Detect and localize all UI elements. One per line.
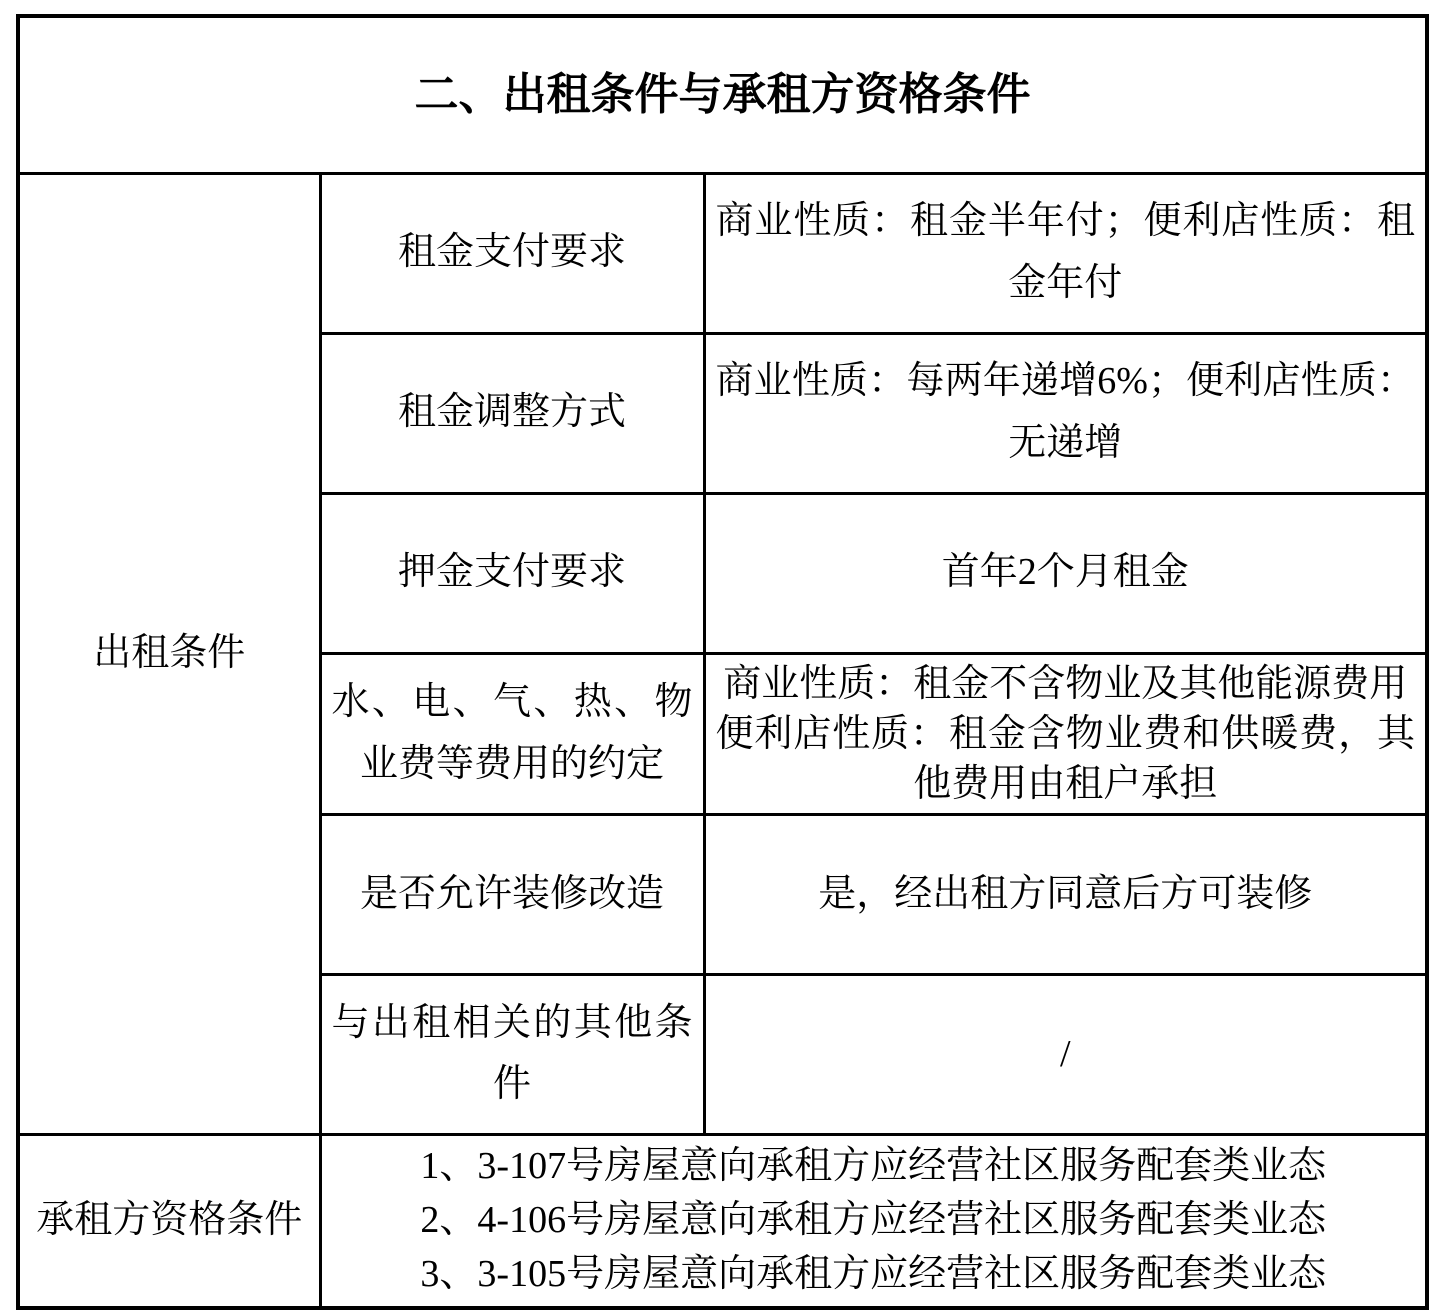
condition-value-rent-payment: 商业性质：租金半年付；便利店性质：租金年付 [704, 173, 1427, 333]
group-header-cell: 出租条件 [18, 173, 320, 1134]
condition-label-utilities: 水、电、气、热、物业费等费用的约定 [320, 653, 704, 814]
qualification-row: 承租方资格条件 1、3-107号房屋意向承租方应经营社区服务配套类业态 2、4-… [18, 1134, 1427, 1307]
condition-label-other: 与出租相关的其他条件 [320, 974, 704, 1134]
condition-value-deposit: 首年2个月租金 [704, 493, 1427, 653]
qualification-items-cell: 1、3-107号房屋意向承租方应经营社区服务配套类业态 2、4-106号房屋意向… [320, 1134, 1427, 1307]
condition-label-rent-payment: 租金支付要求 [320, 173, 704, 333]
condition-label-rent-adjustment: 租金调整方式 [320, 333, 704, 493]
condition-label-renovation: 是否允许装修改造 [320, 814, 704, 974]
rental-conditions-table: 二、出租条件与承租方资格条件 出租条件 租金支付要求 商业性质：租金半年付；便利… [16, 14, 1429, 1310]
table-row: 出租条件 租金支付要求 商业性质：租金半年付；便利店性质：租金年付 [18, 173, 1427, 333]
condition-value-utilities: 商业性质：租金不含物业及其他能源费用 便利店性质：租金含物业费和供暖费，其他费用… [704, 653, 1427, 814]
condition-label-deposit: 押金支付要求 [320, 493, 704, 653]
section-title: 二、出租条件与承租方资格条件 [18, 16, 1427, 173]
section-title-row: 二、出租条件与承租方资格条件 [18, 16, 1427, 173]
condition-value-renovation: 是，经出租方同意后方可装修 [704, 814, 1427, 974]
qualification-label-cell: 承租方资格条件 [18, 1134, 320, 1307]
condition-value-other: / [704, 974, 1427, 1134]
condition-value-rent-adjustment: 商业性质：每两年递增6%；便利店性质：无递增 [704, 333, 1427, 493]
